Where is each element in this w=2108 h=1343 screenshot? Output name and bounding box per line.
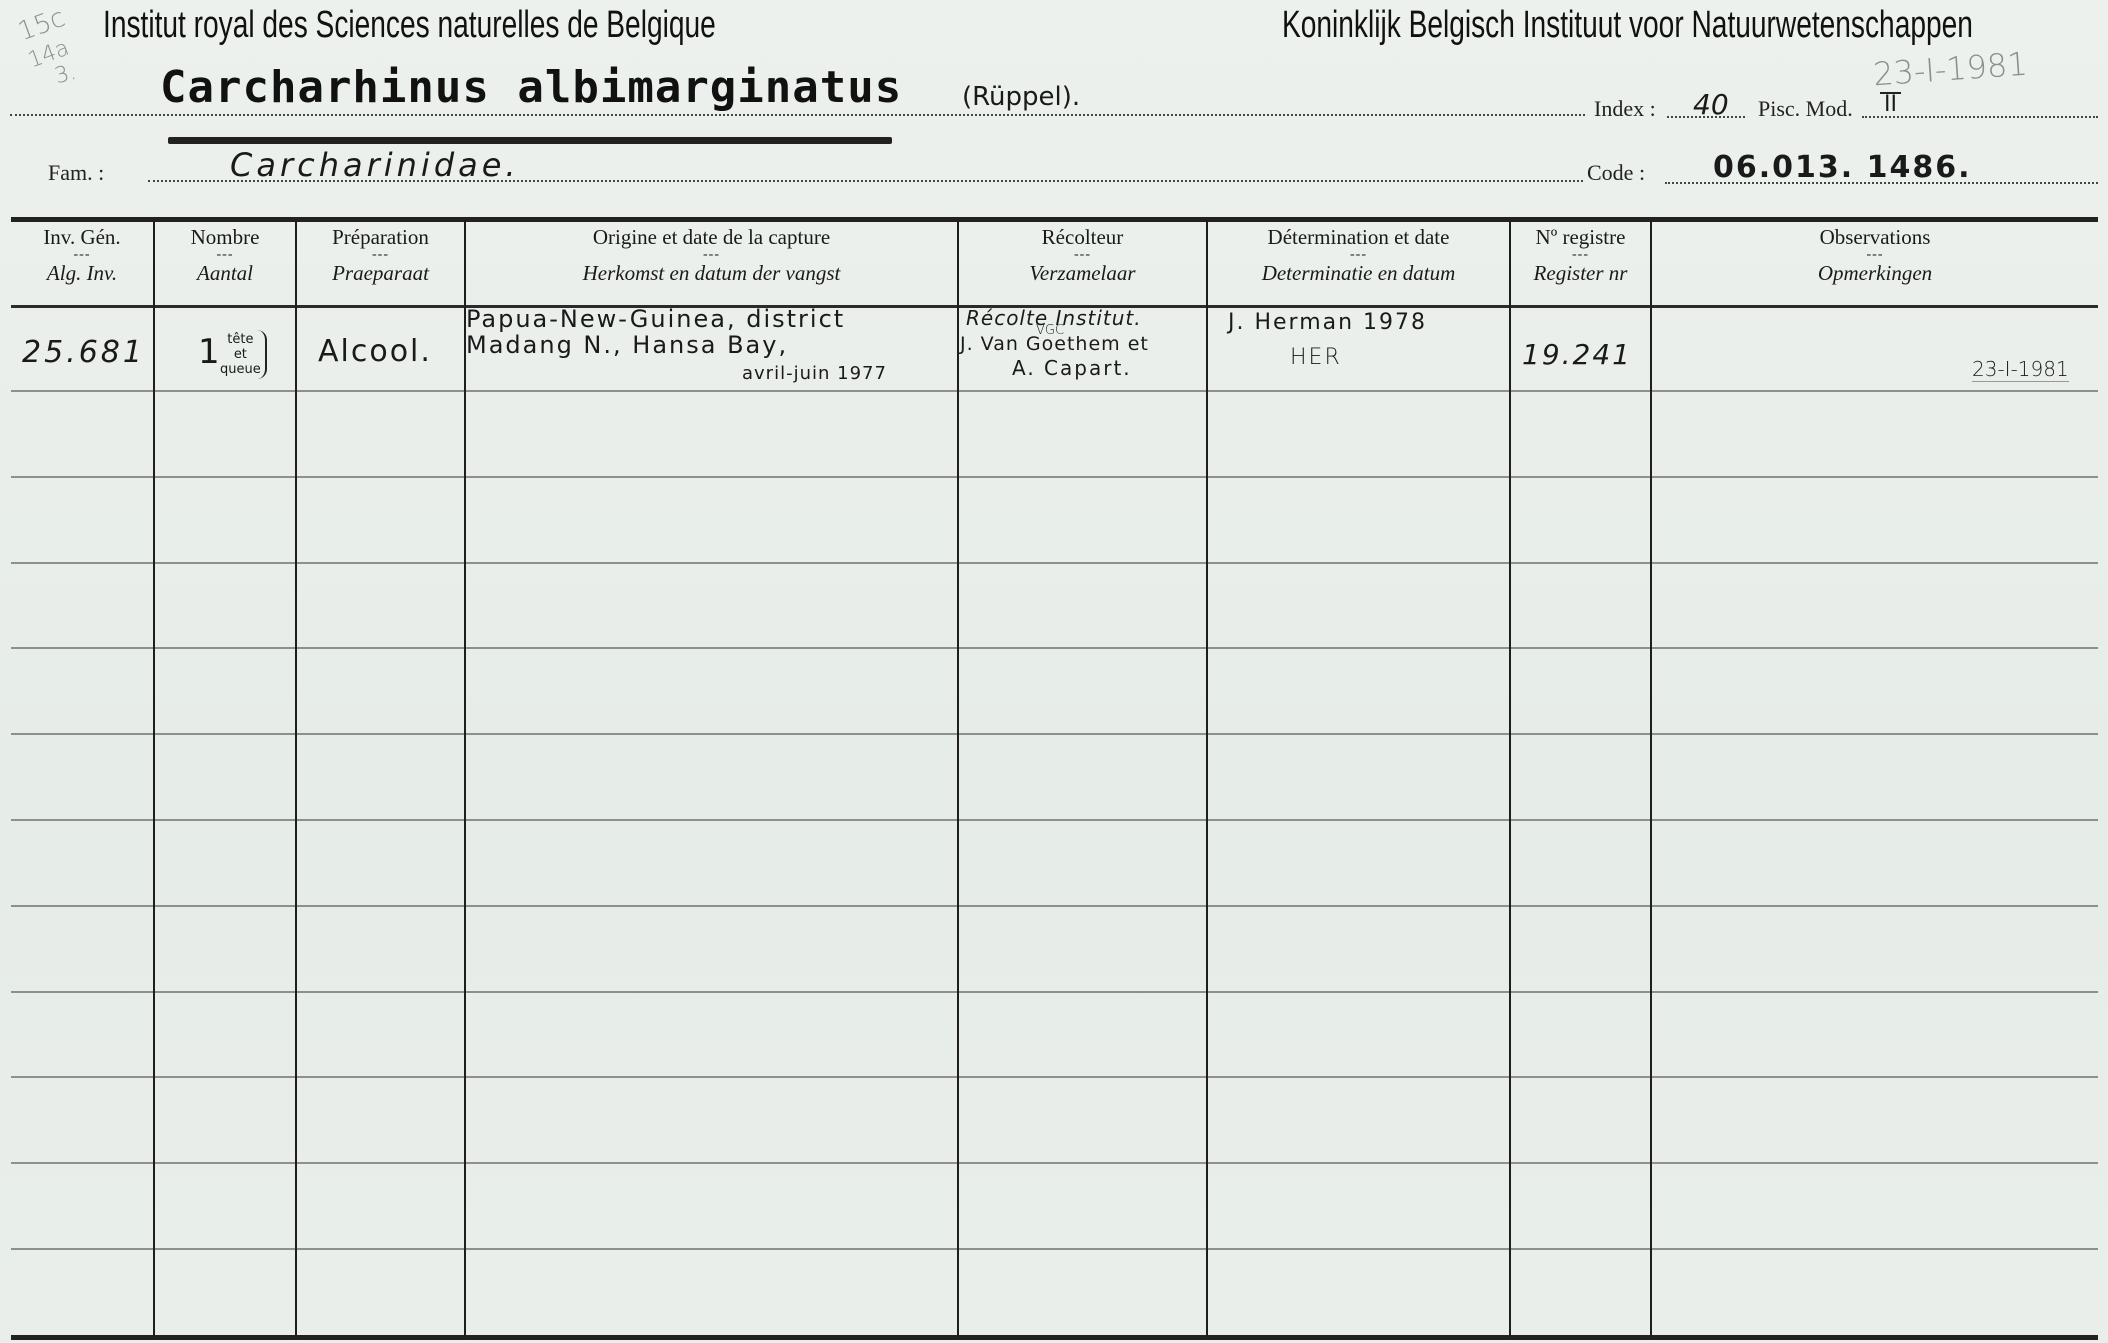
- mod-label: Pisc. Mod.: [1758, 96, 1853, 122]
- column-header-nombre: Nombre --- Aantal: [155, 226, 295, 284]
- header-fr: Inv. Gén.: [11, 226, 153, 248]
- table-row-divider: [11, 562, 2098, 564]
- code-label: Code :: [1587, 160, 1645, 186]
- header-fr: Nº registre: [1511, 226, 1650, 248]
- index-label: Index :: [1594, 96, 1656, 122]
- column-header-determination: Détermination et date --- Determinatie e…: [1208, 226, 1509, 284]
- header-separator: ---: [1511, 248, 1650, 262]
- code-value: 06.013. 1486.: [1713, 150, 1972, 185]
- header-fr: Origine et date de la capture: [466, 226, 957, 248]
- table-bottom-border: [11, 1335, 2098, 1340]
- header-separator: ---: [1208, 248, 1509, 262]
- cell-origine-line1: Papua-New-Guinea, district: [466, 306, 845, 332]
- index-value: 40: [1693, 88, 1729, 121]
- table-row-divider: [11, 476, 2098, 478]
- header-nl: Register nr: [1511, 262, 1650, 284]
- table-top-border: [11, 217, 2098, 222]
- table-row-divider: [11, 991, 2098, 993]
- table-row-divider: [11, 647, 2098, 649]
- column-divider: [1509, 220, 1511, 1337]
- species-author: (Rüppel).: [962, 82, 1080, 112]
- header-fr: Détermination et date: [1208, 226, 1509, 248]
- column-header-preparation: Préparation --- Praeparaat: [297, 226, 464, 284]
- fam-value: Carcharinidae.: [230, 146, 520, 184]
- cell-nombre-note: tête et queue: [218, 330, 267, 379]
- species-dotted-line: [10, 114, 1585, 116]
- table-row-divider: [11, 1248, 2098, 1250]
- header-separator: ---: [1652, 248, 2098, 262]
- header-separator: ---: [155, 248, 295, 262]
- nombre-note-line: tête: [220, 332, 261, 347]
- margin-note-3: 3.: [52, 60, 79, 90]
- cell-determination-pencil: HER: [1290, 345, 1342, 370]
- column-header-recolteur: Récolteur --- Verzamelaar: [959, 226, 1206, 284]
- header-fr: Récolteur: [959, 226, 1206, 248]
- column-divider: [153, 220, 155, 1337]
- table-row-divider: [11, 1076, 2098, 1078]
- cell-recolteur-line2: J. Van Goethem et: [960, 332, 1149, 356]
- column-header-inv: Inv. Gén. --- Alg. Inv.: [11, 226, 153, 284]
- column-divider: [1650, 220, 1652, 1337]
- cell-nombre: 1: [198, 332, 220, 372]
- cell-registre: 19.241: [1522, 338, 1632, 371]
- species-name: Carcharhinus albimarginatus: [160, 62, 902, 113]
- institute-name-nl: Koninklijk Belgisch Instituut voor Natuu…: [1282, 4, 1973, 47]
- table-row-divider: [11, 733, 2098, 735]
- header-nl: Verzamelaar: [959, 262, 1206, 284]
- cell-determination: J. Herman 1978: [1228, 310, 1427, 335]
- header-nl: Praeparaat: [297, 262, 464, 284]
- pencil-date-top: 23-I-1981: [1872, 45, 2029, 94]
- header-fr: Nombre: [155, 226, 295, 248]
- table-row-divider: [11, 1162, 2098, 1164]
- table-row-divider: [11, 905, 2098, 907]
- column-divider: [464, 220, 466, 1337]
- column-header-observations: Observations --- Opmerkingen: [1652, 226, 2098, 284]
- cell-inv: 25.681: [22, 335, 145, 370]
- header-nl: Aantal: [155, 262, 295, 284]
- header-nl: Herkomst en datum der vangst: [466, 262, 957, 284]
- header-fr: Observations: [1652, 226, 2098, 248]
- cell-recolteur-line3: A. Capart.: [1012, 356, 1132, 380]
- nombre-note-line: queue: [220, 362, 261, 377]
- header-nl: Alg. Inv.: [11, 262, 153, 284]
- cell-origine-line3: avril-juin 1977: [742, 364, 887, 384]
- institute-name-fr: Institut royal des Sciences naturelles d…: [103, 4, 716, 47]
- header-nl: Determinatie en datum: [1208, 262, 1509, 284]
- cell-observations-pencil: 23-I-1981: [1972, 357, 2069, 382]
- cell-origine-line2: Madang N., Hansa Bay,: [466, 332, 788, 358]
- column-divider: [957, 220, 959, 1337]
- table-row-divider: [11, 390, 2098, 392]
- table-row-divider: [11, 819, 2098, 821]
- column-header-registre: Nº registre --- Register nr: [1511, 226, 1650, 284]
- fam-label: Fam. :: [48, 160, 104, 186]
- column-header-origine: Origine et date de la capture --- Herkom…: [466, 226, 957, 284]
- column-divider: [295, 220, 297, 1337]
- mod-field-line: [1862, 116, 2098, 118]
- header-separator: ---: [959, 248, 1206, 262]
- cell-preparation: Alcool.: [318, 334, 432, 369]
- header-separator: ---: [297, 248, 464, 262]
- header-nl: Opmerkingen: [1652, 262, 2098, 284]
- header-separator: ---: [466, 248, 957, 262]
- header-separator: ---: [11, 248, 153, 262]
- species-underline: [168, 137, 892, 144]
- header-fr: Préparation: [297, 226, 464, 248]
- mod-value: II: [1880, 92, 1901, 116]
- nombre-note-line: et: [220, 347, 261, 362]
- column-divider: [1206, 220, 1208, 1337]
